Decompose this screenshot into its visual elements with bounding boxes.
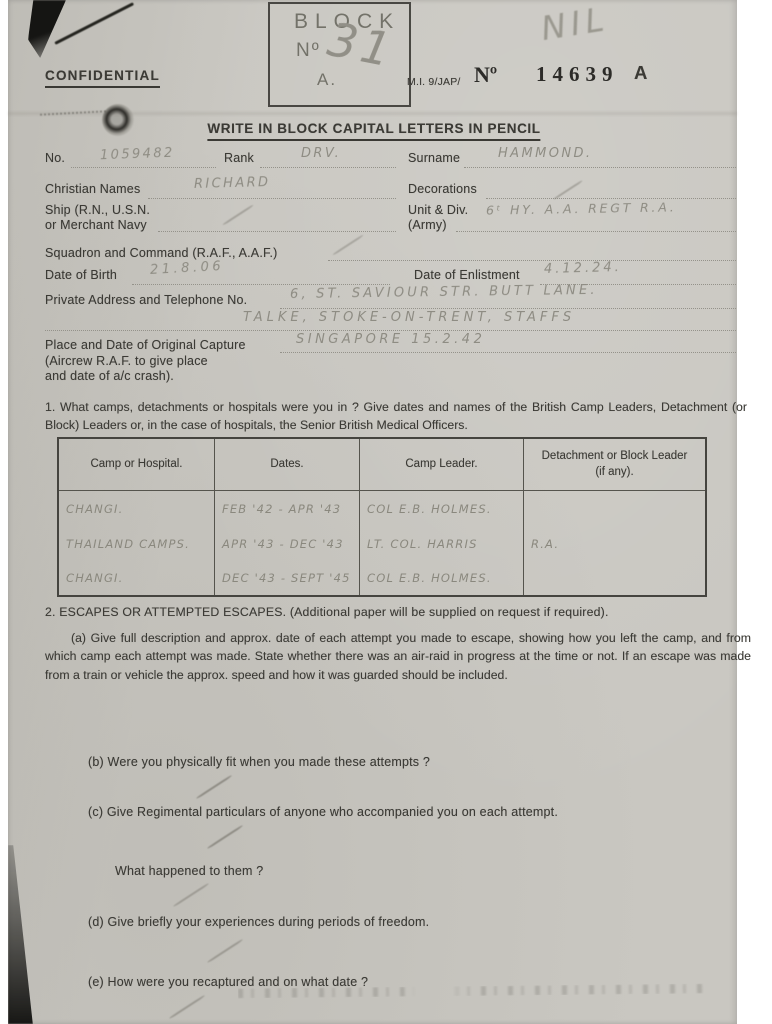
ship-nil-tick bbox=[222, 204, 253, 225]
table-row-1-dates: FEB '42 - APR '43 bbox=[215, 491, 360, 526]
table-row-2-camp: THAILAND CAMPS. bbox=[59, 526, 215, 561]
no-label: No. bbox=[45, 151, 65, 165]
escape-item-a: (a) Give full description and approx. da… bbox=[45, 629, 751, 684]
nil-pencil-note: NIL bbox=[538, 0, 611, 48]
block-number-handwritten: 31 bbox=[323, 12, 399, 78]
decorations-label: Decorations bbox=[408, 182, 477, 196]
squadron-label: Squadron and Command (R.A.F., A.A.F.) bbox=[45, 246, 278, 260]
camps-table: Camp or Hospital. Dates. Camp Leader. De… bbox=[57, 437, 707, 597]
serial-no-symbol: Nº bbox=[474, 62, 497, 88]
form-title: WRITE IN BLOCK CAPITAL LETTERS IN PENCIL bbox=[207, 121, 540, 141]
decorations-underline bbox=[486, 198, 736, 199]
section-2-heading: 2. ESCAPES OR ATTEMPTED ESCAPES. (Additi… bbox=[45, 605, 609, 619]
capture-label-line2: (Aircrew R.A.F. to give place bbox=[45, 354, 208, 368]
no-value: 1059482 bbox=[100, 146, 175, 164]
item-c-nil-tick bbox=[207, 825, 243, 850]
rank-underline bbox=[260, 167, 396, 168]
capture-label-line1: Place and Date of Original Capture bbox=[45, 338, 246, 352]
stamp-no-word: Nº bbox=[296, 40, 321, 62]
date-of-enlistment-value: 4.12.24. bbox=[544, 260, 622, 277]
item-d-nil-tick bbox=[207, 939, 243, 964]
christian-names-value: RICHARD bbox=[194, 175, 271, 192]
capture-underline bbox=[280, 352, 736, 353]
christian-names-label: Christian Names bbox=[45, 182, 140, 196]
confidential-label: CONFIDENTIAL bbox=[45, 68, 160, 88]
ink-ring-blot bbox=[102, 104, 134, 136]
block-number-stamp: BLOCK Nº A. 31 bbox=[268, 2, 411, 107]
rank-label: Rank bbox=[224, 151, 254, 165]
table-row-3-leader: COL E.B. HOLMES. bbox=[360, 560, 524, 595]
table-row-1-leader: COL E.B. HOLMES. bbox=[360, 491, 524, 526]
date-of-birth-underline bbox=[132, 284, 390, 285]
capture-value: SINGAPORE 15.2.42 bbox=[296, 332, 485, 347]
address-label: Private Address and Telephone No. bbox=[45, 293, 247, 307]
address-underline-2 bbox=[45, 330, 736, 331]
serial-number: 14639 bbox=[536, 62, 619, 87]
christian-names-underline bbox=[148, 198, 396, 199]
camps-header-camp: Camp or Hospital. bbox=[59, 439, 215, 491]
item-b-nil-tick bbox=[196, 775, 232, 800]
table-row-1-camp: CHANGI. bbox=[59, 491, 215, 526]
escape-item-e: (e) How were you recaptured and on what … bbox=[88, 975, 368, 989]
date-of-birth-value: 21.8.06 bbox=[150, 259, 225, 278]
address-value-line1: 6, ST. SAVIOUR STR. BUTT LANE. bbox=[290, 283, 598, 302]
camps-header-detachment: Detachment or Block Leader (if any). bbox=[524, 439, 705, 491]
squadron-underline bbox=[328, 260, 736, 261]
question-1-text: 1. What camps, detachments or hospitals … bbox=[45, 398, 747, 435]
table-row-1-detachment bbox=[524, 491, 705, 526]
camps-header-leader: Camp Leader. bbox=[360, 439, 524, 491]
unit-label-line2: (Army) bbox=[408, 218, 447, 232]
surname-underline bbox=[464, 167, 736, 168]
ship-underline bbox=[158, 231, 396, 232]
address-value-line2: TALKE, STOKE-ON-TRENT, STAFFS bbox=[243, 310, 575, 325]
item-e-nil-tick bbox=[169, 995, 205, 1020]
stamp-a-word: A. bbox=[317, 70, 337, 90]
escape-item-c-followup: What happened to them ? bbox=[115, 864, 263, 878]
surname-value: HAMMOND. bbox=[498, 146, 592, 161]
table-row-2-detachment: R.A. bbox=[524, 526, 705, 561]
mi9-form-code: M.I. 9/JAP/ bbox=[407, 76, 461, 88]
no-underline bbox=[71, 167, 216, 168]
table-row-2-leader: LT. COL. HARRIS bbox=[360, 526, 524, 561]
table-row-3-camp: CHANGI. bbox=[59, 560, 215, 595]
surname-label: Surname bbox=[408, 151, 460, 165]
date-of-enlistment-label: Date of Enlistment bbox=[414, 268, 520, 282]
date-of-birth-label: Date of Birth bbox=[45, 268, 117, 282]
scanned-form-page: CONFIDENTIAL BLOCK Nº A. 31 NIL M.I. 9/J… bbox=[8, 0, 737, 1024]
table-row-3-dates: DEC '43 - SEPT '45 bbox=[215, 560, 360, 595]
ship-label-line1: Ship (R.N., U.S.N. bbox=[45, 203, 150, 217]
ship-label-line2: or Merchant Navy bbox=[45, 218, 147, 232]
unit-underline bbox=[456, 231, 736, 232]
address-underline-1 bbox=[280, 308, 736, 309]
serial-suffix: A bbox=[634, 62, 648, 84]
camps-header-dates: Dates. bbox=[215, 439, 360, 491]
capture-label-line3: and date of a/c crash). bbox=[45, 369, 174, 383]
unit-value: 6ᵗ HY. A.A. REGT R.A. bbox=[486, 199, 677, 217]
pen-stroke-mark bbox=[54, 2, 134, 45]
table-row-2-dates: APR '43 - DEC '43 bbox=[215, 526, 360, 561]
table-row-3-detachment bbox=[524, 560, 705, 595]
dark-edge-bottom-left bbox=[8, 845, 48, 1024]
unit-label-line1: Unit & Div. bbox=[408, 203, 468, 217]
squadron-nil-tick bbox=[332, 234, 363, 255]
escape-item-d: (d) Give briefly your experiences during… bbox=[88, 915, 429, 929]
escape-item-b: (b) Were you physically fit when you mad… bbox=[88, 755, 430, 769]
escape-item-c: (c) Give Regimental particulars of anyon… bbox=[88, 805, 558, 819]
rank-value: DRV. bbox=[301, 146, 341, 161]
item-c2-nil-tick bbox=[173, 883, 209, 908]
torn-corner-mark bbox=[28, 0, 66, 58]
